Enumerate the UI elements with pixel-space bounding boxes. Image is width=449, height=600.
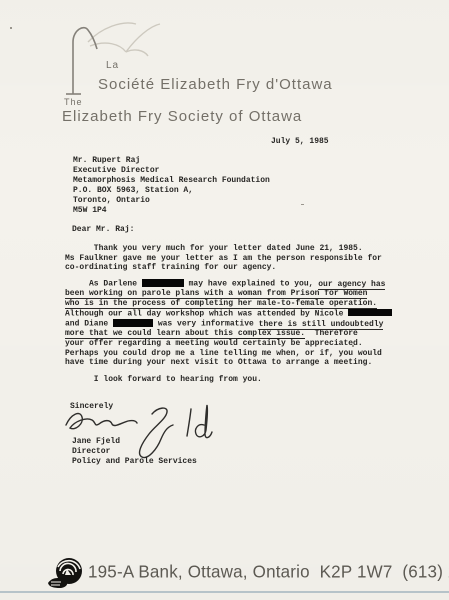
scan-speck [301, 204, 304, 205]
text-line: Policy and Parole Services [72, 457, 197, 467]
paragraph-3: I look forward to hearing from you. [65, 375, 262, 385]
text-segment: Ms Faulkner gave me your letter as I am … [65, 254, 382, 263]
text-segment: your offer regarding a meeting would cer… [65, 339, 363, 348]
letterhead-the: The [64, 97, 83, 107]
text-segment: As Darlene [65, 280, 142, 289]
body-line: Ms Faulkner gave me your letter as I am … [65, 254, 382, 264]
redaction-box [113, 319, 153, 327]
text-line: Director [72, 447, 197, 457]
scan-speck [10, 27, 12, 29]
body-line: I look forward to hearing from you. [65, 375, 262, 385]
scan-edge-rule [0, 591, 449, 593]
body-line: As Darlene may have explained to you, ou… [65, 279, 392, 289]
body-line: your offer regarding a meeting would cer… [65, 339, 392, 349]
signer-block: Jane FjeldDirectorPolicy and Parole Serv… [72, 437, 197, 467]
letterhead-org-fr: Société Elizabeth Fry d'Ottawa [98, 76, 333, 93]
paragraph-2: As Darlene may have explained to you, ou… [65, 279, 392, 368]
staff-glyph [66, 28, 97, 94]
recipient-block: Mr. Rupert RajExecutive DirectorMetamorp… [73, 156, 270, 215]
body-line: Perhaps you could drop me a line telling… [65, 349, 392, 359]
body-line: and Diane was very informative there is … [65, 319, 392, 329]
body-line: who is in the process of completing her … [65, 299, 392, 309]
underlined-text: who is in the process of completing her … [65, 299, 377, 309]
footer-address: 195-A Bank, Ottawa, Ontario K2P 1W7 (613… [88, 562, 449, 583]
letter-date: July 5, 1985 [271, 137, 329, 147]
faint-swoosh [88, 23, 160, 56]
text-segment: Therefore [305, 329, 358, 338]
text-line: M5W 1P4 [73, 206, 270, 216]
text-line: Mr. Rupert Raj [73, 156, 270, 166]
text-segment: Although our all day workshop which was … [65, 309, 348, 318]
text-segment: co-ordinating staff training for our age… [65, 263, 276, 272]
underlined-text: been working on parole plans with a woma… [65, 289, 367, 299]
text-line: Jane Fjeld [72, 437, 197, 447]
text-line: Metamorphosis Medical Research Foundatio… [73, 176, 270, 186]
redaction-box [142, 279, 184, 287]
text-segment: I look forward to hearing from you. [65, 375, 262, 384]
text-segment: Thank you very much for your letter date… [65, 244, 363, 253]
body-line: Thank you very much for your letter date… [65, 244, 382, 254]
text-line: Toronto, Ontario [73, 196, 270, 206]
paragraph-1: Thank you very much for your letter date… [65, 244, 382, 273]
body-line: have time during your next visit to Otta… [65, 358, 392, 368]
scanned-letter-page: La Société Elizabeth Fry d'Ottawa The El… [0, 0, 449, 600]
text-line: P.O. BOX 5963, Station A, [73, 186, 270, 196]
underlined-text: there is still undoubtedly [259, 320, 384, 330]
text-segment: Perhaps you could drop me a line telling… [65, 349, 382, 358]
body-line: co-ordinating staff training for our age… [65, 263, 382, 273]
underlined-text: our agency has [318, 280, 385, 290]
salutation: Dear Mr. Raj: [72, 225, 134, 235]
body-line: more that we could learn about this comp… [65, 329, 392, 339]
underlined-text: more that we could learn about this [65, 329, 238, 339]
scan-speck [352, 345, 354, 347]
letterhead-org-en: Elizabeth Fry Society of Ottawa [62, 108, 302, 125]
text-segment: may have explained to you, [184, 280, 318, 289]
body-line: been working on parole plans with a woma… [65, 289, 392, 299]
underlined-text: complex issue. [238, 329, 305, 339]
letterhead-la: La [106, 60, 119, 71]
text-segment: and Diane [65, 320, 113, 329]
scan-speck [118, 196, 120, 197]
text-segment: was very informative [153, 320, 259, 329]
body-line: Although our all day workshop which was … [65, 309, 392, 319]
text-line: Executive Director [73, 166, 270, 176]
text-segment: have time during your next visit to Otta… [65, 358, 372, 367]
united-way-logo-icon [46, 555, 88, 593]
redaction-box [348, 309, 392, 317]
